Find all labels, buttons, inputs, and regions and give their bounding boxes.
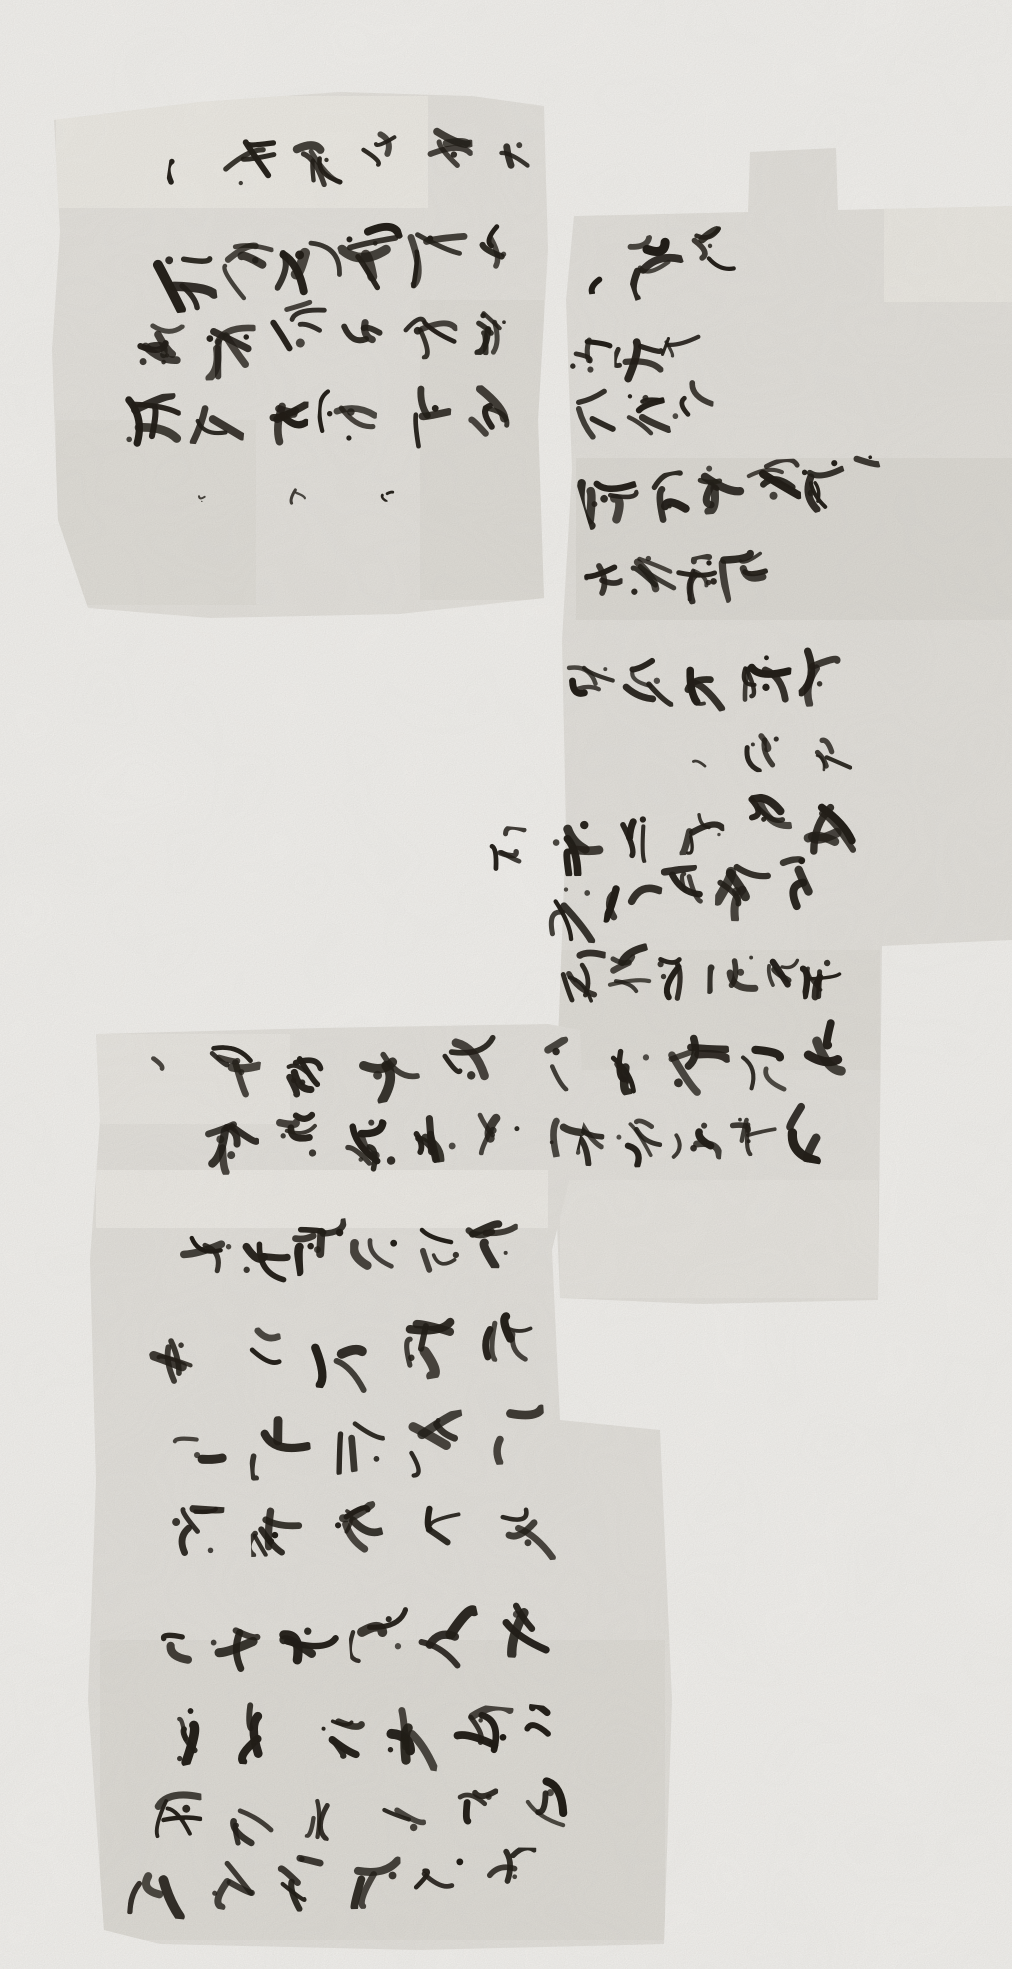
cursive-character <box>304 1324 372 1392</box>
cursive-character <box>234 1223 294 1283</box>
cursive-character <box>408 1110 463 1165</box>
cursive-character <box>246 1413 314 1481</box>
cursive-character <box>461 1212 518 1269</box>
paper-fragment-bottom-left <box>0 0 1012 1969</box>
cursive-character <box>341 1849 402 1910</box>
cursive-character <box>327 1412 390 1475</box>
calligraphy-row <box>199 1088 592 1186</box>
cursive-character <box>238 1698 307 1767</box>
cursive-character <box>489 1498 557 1566</box>
cursive-character <box>519 1703 573 1757</box>
cursive-character <box>147 1788 203 1844</box>
cursive-character <box>485 1589 555 1659</box>
cursive-character <box>479 1308 538 1367</box>
cursive-character <box>281 1047 335 1101</box>
cursive-character <box>158 1625 206 1673</box>
cursive-character <box>474 1098 532 1156</box>
photo-stage <box>0 0 1012 1969</box>
cursive-character <box>327 1500 387 1560</box>
cursive-character <box>350 1226 411 1287</box>
cursive-character <box>389 1309 464 1384</box>
cursive-character <box>369 1782 427 1840</box>
cursive-character <box>483 1847 536 1900</box>
cursive-character <box>203 1611 282 1690</box>
cursive-character <box>230 1324 286 1380</box>
cursive-character <box>199 1115 259 1175</box>
cursive-character <box>334 1113 400 1179</box>
calligraphy-row <box>129 1837 536 1928</box>
calligraphy-row <box>174 1202 519 1301</box>
cursive-character <box>277 1609 347 1679</box>
cursive-character <box>290 1218 354 1282</box>
calligraphy-row <box>166 1484 555 1584</box>
cursive-character <box>203 1856 262 1915</box>
cursive-character <box>127 1850 197 1920</box>
cursive-character <box>199 1043 263 1107</box>
cursive-character <box>435 1018 507 1090</box>
cursive-character <box>450 1702 513 1765</box>
cursive-character <box>147 1056 179 1088</box>
paper-surface-bottom-left <box>0 0 1012 1969</box>
cursive-character <box>543 1109 593 1159</box>
cursive-character <box>271 1853 330 1912</box>
cursive-character <box>168 1428 231 1491</box>
cursive-character <box>372 1697 446 1771</box>
cursive-character <box>446 1773 499 1826</box>
cursive-character <box>410 1503 464 1557</box>
cursive-character <box>313 1715 370 1772</box>
cursive-character <box>411 1845 474 1908</box>
cursive-character <box>522 1035 584 1097</box>
cursive-character <box>143 1316 215 1388</box>
cursive-character <box>410 1598 488 1676</box>
cursive-character <box>347 1605 412 1670</box>
cursive-character <box>250 1504 303 1557</box>
cursive-character <box>164 1697 234 1767</box>
cursive-character <box>485 1404 547 1466</box>
cursive-character <box>408 1222 465 1279</box>
cursive-character <box>166 1503 224 1561</box>
cursive-character <box>273 1111 323 1161</box>
cursive-character <box>517 1769 582 1834</box>
cursive-character <box>294 1785 353 1844</box>
cursive-character <box>402 1409 471 1478</box>
cursive-character <box>174 1232 237 1295</box>
